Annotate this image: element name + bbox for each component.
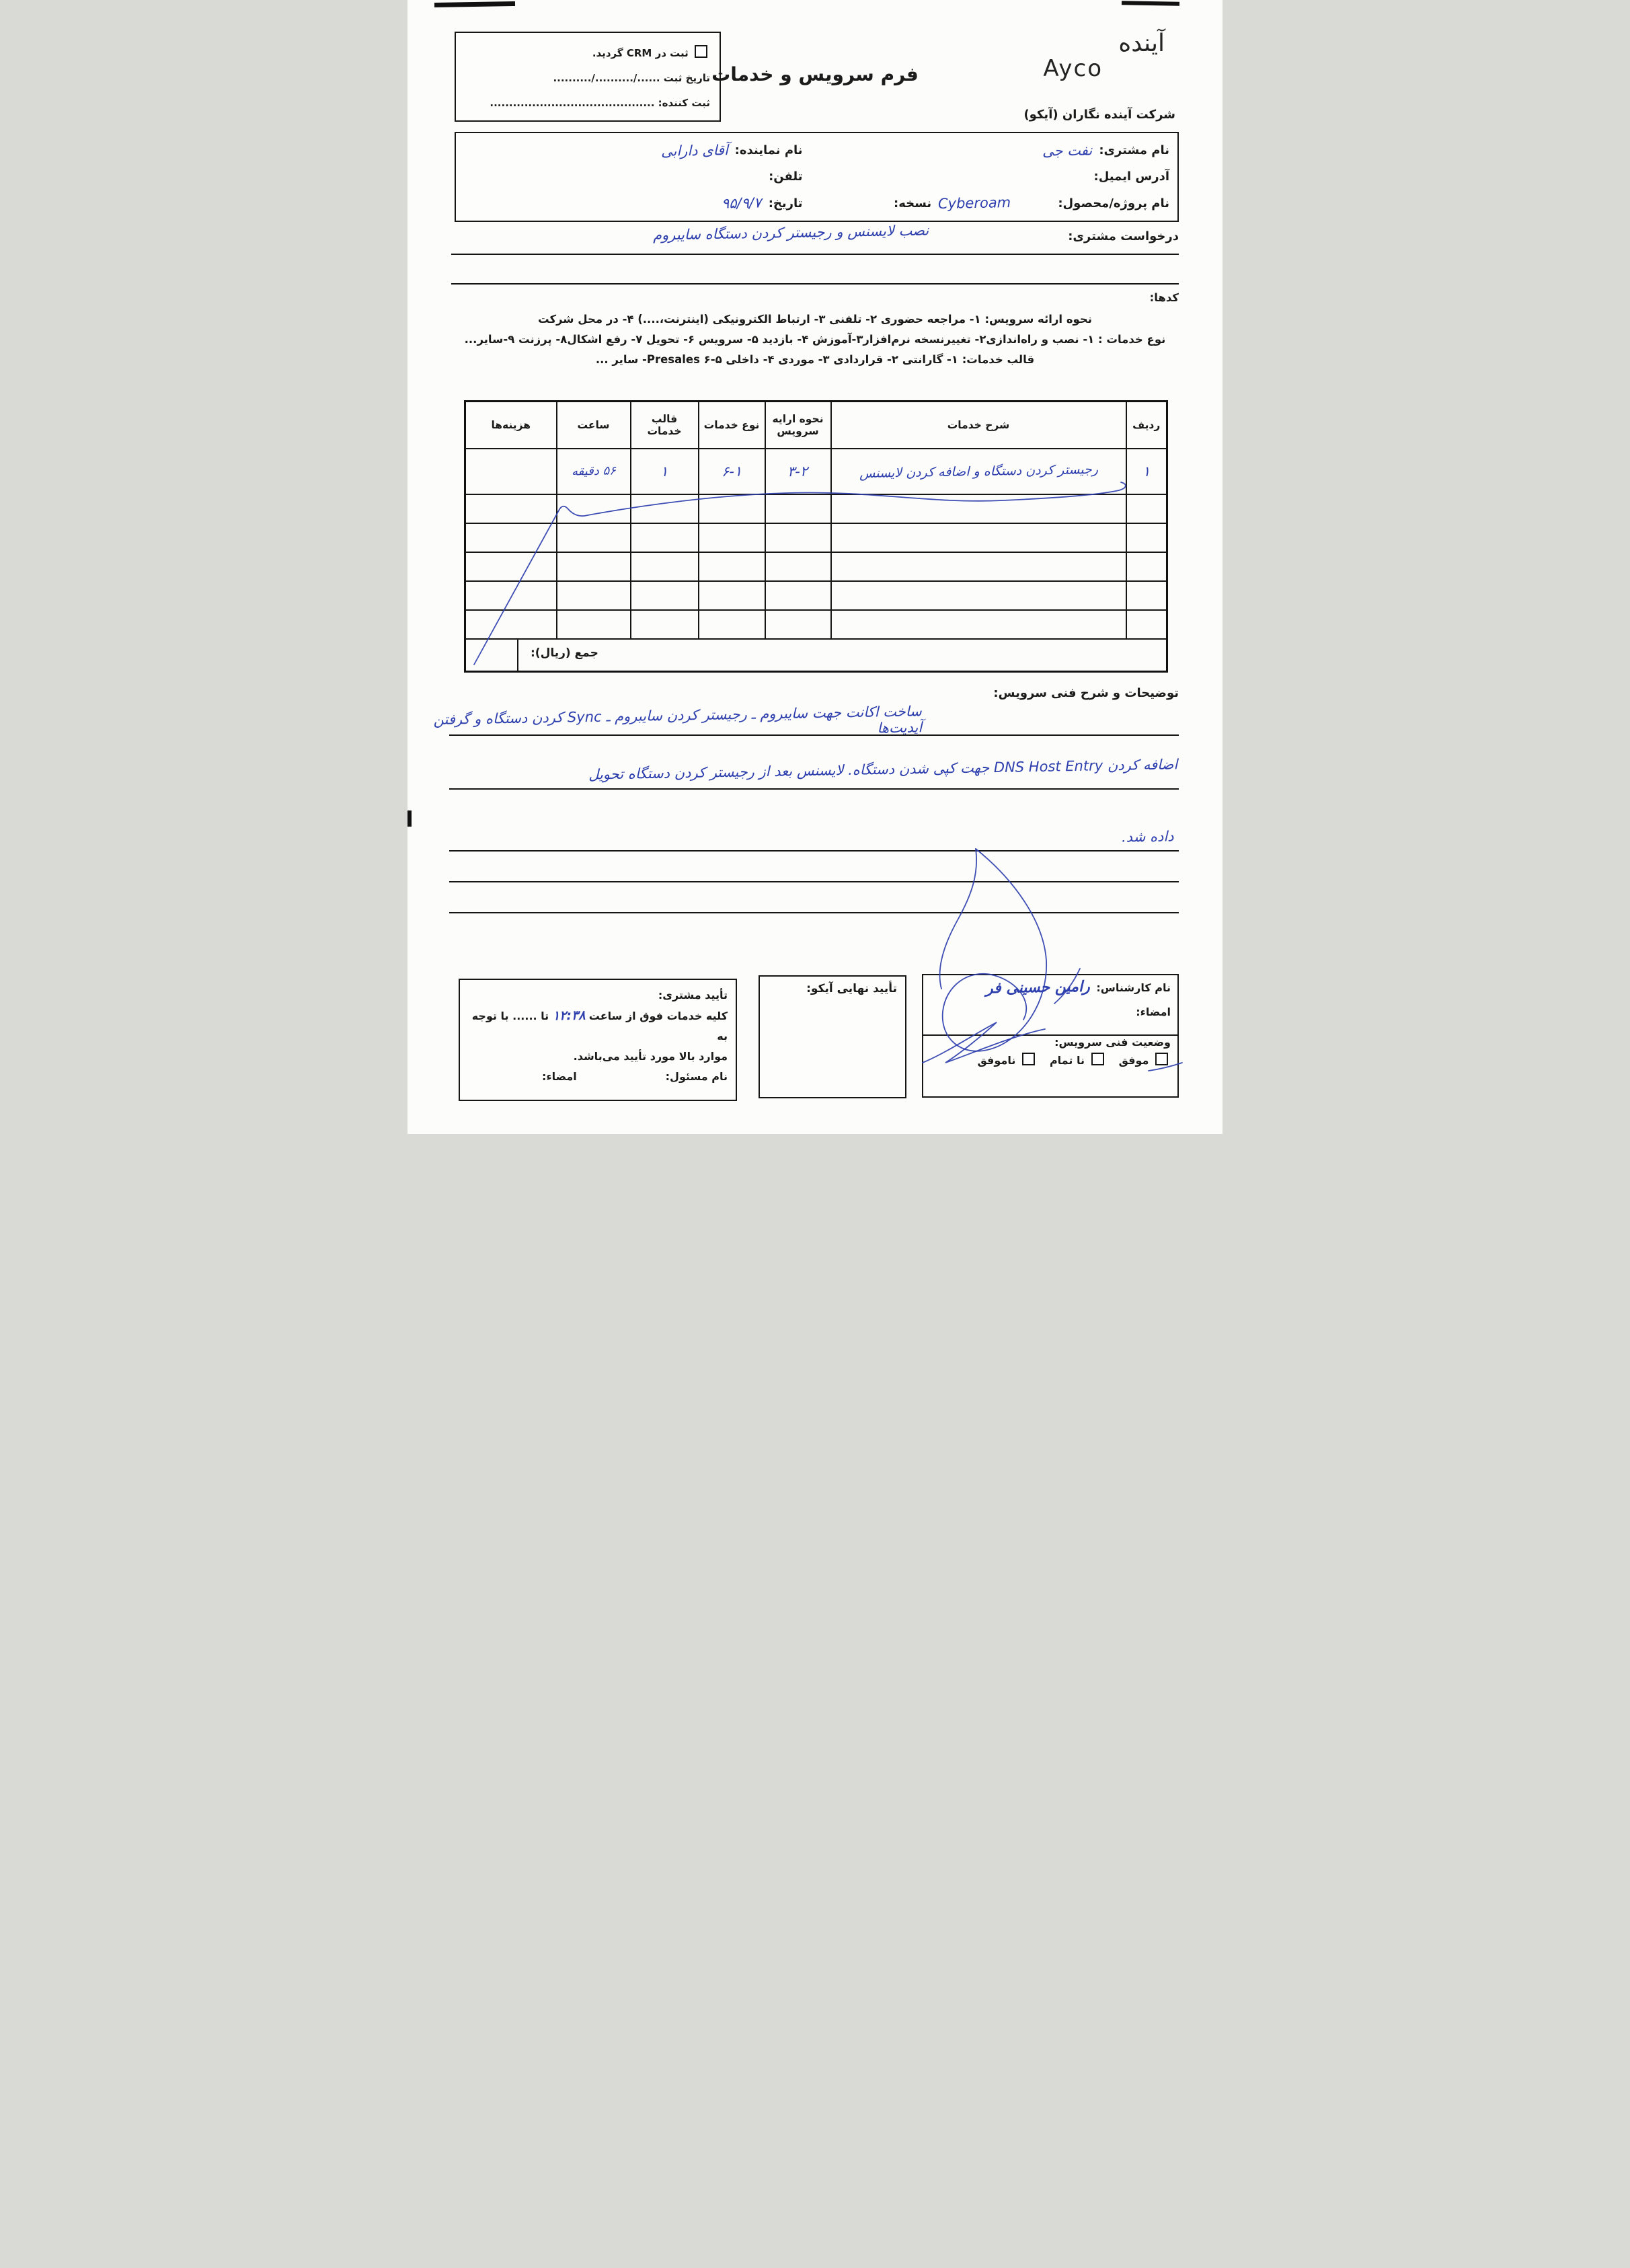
phone-label: تلفن: (769, 169, 802, 184)
codes-line-service-format: قالب خدمات: ۱- گارانتی ۲- قراردادی ۳- مو… (407, 350, 1222, 370)
notes-label: توضیحات و شرح فنی سرویس: (993, 686, 1179, 700)
total-label: جمع (ریال): (531, 646, 598, 660)
customer-approval-title: تأیید مشتری: (468, 985, 728, 1006)
ayco-approval-title: تأیید نهایی آیکو: (768, 982, 897, 995)
expert-name-label: نام کارشناس: (1096, 981, 1171, 994)
customer-approval-signature-row: نام مسئول: امضاء: (468, 1067, 728, 1087)
col-header-description: شرح خدمات (831, 402, 1126, 449)
customer-name-label: نام مشتری: (1099, 143, 1169, 157)
approval-text-pre: کلیه خدمات فوق از ساعت (589, 1010, 728, 1022)
codes-section: کدها: نحوه ارائه سرویس: ۱- مراجعه حضوری … (407, 289, 1222, 370)
product-value: Cyberoam (938, 194, 1011, 212)
customer-approval-body: کلیه خدمات فوق از ساعت ۱۲:۳۸ تا ...... ب… (468, 1006, 728, 1047)
ayco-approval-box: تأیید نهایی آیکو: (759, 975, 906, 1098)
scanned-service-form: ثبت در CRM گردید. تاریخ ثبت ....../.....… (407, 0, 1222, 1134)
table-empty-row (465, 523, 1167, 552)
table-header-row: ردیف شرح خدمات نحوه ارایه سرویس نوع خدما… (465, 402, 1167, 449)
expert-sign-row: امضاء: (930, 1006, 1171, 1018)
status-option-failed: ناموفق (978, 1053, 1038, 1067)
notes-handwriting-2: اضافه کردن DNS Host Entry جهت کپی شدن دس… (588, 756, 1178, 782)
ruled-line (449, 881, 1179, 882)
table-empty-row (465, 581, 1167, 610)
cell-description: رجیستر کردن دستگاه و اضافه کردن لایسنس (859, 461, 1097, 480)
table-empty-row (465, 610, 1167, 639)
notes-handwriting-1: ساخت اکانت جهت سایبروم ـ رجیستر کردن سای… (407, 703, 922, 744)
representative-value: آقای دارابی (661, 142, 728, 159)
crm-checkbox (695, 45, 707, 58)
expert-sign-label: امضاء: (1136, 1006, 1171, 1018)
customer-name-value: نفت جی (1042, 142, 1093, 159)
col-header-hours: ساعت (557, 402, 631, 449)
ruled-line (449, 912, 1179, 913)
email-field: آدرس ایمیل: (803, 163, 1169, 190)
col-header-type: نوع خدمات (699, 402, 765, 449)
services-table: ردیف شرح خدمات نحوه ارایه سرویس نوع خدما… (464, 400, 1168, 673)
col-header-format: قالب خدمات (631, 402, 699, 449)
product-field: نام پروژه/محصول: Cyberoam نسخه: (803, 190, 1169, 217)
customer-approval-box: تأیید مشتری: کلیه خدمات فوق از ساعت ۱۲:۳… (459, 979, 737, 1101)
email-label: آدرس ایمیل: (1094, 169, 1169, 184)
status-incomplete-checkbox (1091, 1053, 1104, 1065)
representative-label: نام نماینده: (735, 143, 803, 157)
total-row-divider (517, 640, 518, 671)
status-incomplete-label: نا تمام (1050, 1054, 1085, 1067)
scan-artifact (407, 810, 412, 827)
crm-line-1: ثبت در CRM گردید. (465, 45, 710, 59)
approval-time-value: ۱۲:۳۸ (553, 1006, 586, 1026)
crm-line-3: ثبت کننده: .............................… (465, 97, 710, 109)
col-header-method: نحوه ارایه سرویس (765, 402, 831, 449)
version-label: نسخه: (894, 196, 931, 211)
notes-handwriting-3: داده شد. (1122, 828, 1174, 845)
status-option-incomplete: نا تمام (1050, 1053, 1107, 1067)
request-label: درخواست مشتری: (1068, 229, 1179, 243)
service-status-label: وضعیت فنی سرویس: (930, 1036, 1171, 1049)
status-success-label: موفق (1119, 1054, 1149, 1067)
manager-name-label: نام مسئول: (666, 1067, 728, 1087)
cell-row-number: ۱ (1142, 463, 1151, 479)
codes-label: کدها: (1150, 288, 1179, 308)
customer-sign-label: امضاء: (542, 1067, 577, 1087)
ruled-line (449, 850, 1179, 852)
table-empty-row (465, 552, 1167, 581)
status-failed-checkbox (1022, 1053, 1035, 1065)
codes-line-service-type: نوع خدمات : ۱- نصب و راه‌اندازی۲- تغییرن… (407, 330, 1222, 350)
status-failed-label: ناموفق (978, 1054, 1016, 1067)
status-option-success: موفق (1119, 1053, 1171, 1067)
service-status-options: موفق نا تمام ناموفق (930, 1053, 1171, 1067)
product-label: نام پروژه/محصول: (1058, 196, 1169, 211)
cell-method: ۳-۲ (787, 463, 808, 480)
company-name: شرکت آینده نگاران (آیکو) (1023, 108, 1175, 122)
cell-type: ۶-۱ (722, 463, 742, 480)
table-empty-row (465, 494, 1167, 523)
expert-name-value: رامین حسینی فر (985, 979, 1089, 997)
scan-artifact (1122, 1, 1179, 5)
expert-name-row: نام کارشناس: رامین حسینی فر (930, 979, 1171, 996)
request-value: نصب لایسنس و رجیستر کردن دستگاه سایبروم (653, 222, 929, 243)
ruled-line (451, 254, 1179, 255)
codes-line-service-method: نحوه ارائه سرویس: ۱- مراجعه حضوری ۲- تلف… (407, 309, 1222, 330)
ayco-logo-latin: Ayco (1043, 55, 1103, 82)
col-header-costs: هزینه‌ها (465, 402, 557, 449)
ayco-logo: آینده Ayco (1023, 32, 1165, 100)
date-field: تاریخ: ۹۵/۹/۷ (464, 190, 803, 217)
col-header-row-number: ردیف (1126, 402, 1167, 449)
ruled-line (449, 734, 1179, 736)
expert-box: نام کارشناس: رامین حسینی فر امضاء: وضعیت… (922, 974, 1179, 1098)
status-success-checkbox (1155, 1053, 1168, 1065)
approval-text-line2: موارد بالا مورد تأیید می‌باشد. (468, 1047, 728, 1067)
info-box: نام مشتری: نفت جی نام نماینده: آقای دارا… (455, 132, 1179, 222)
scan-artifact (434, 1, 515, 7)
representative-field: نام نماینده: آقای دارابی (464, 137, 803, 163)
ayco-logo-farsi: آینده (1118, 30, 1165, 57)
expert-box-divider (923, 1034, 1177, 1036)
ruled-line (449, 788, 1179, 790)
customer-name-field: نام مشتری: نفت جی (803, 137, 1169, 163)
signature-stroke (939, 849, 976, 989)
date-label: تاریخ: (769, 196, 803, 211)
table-row: ۱ رجیستر کردن دستگاه و اضافه کردن لایسنس… (465, 449, 1167, 494)
ruled-line (451, 283, 1179, 285)
cell-hours: ۵۶ دقیقه (571, 463, 615, 478)
date-value: ۹۵/۹/۷ (722, 195, 762, 212)
table-total-row: جمع (ریال): (465, 639, 1167, 672)
crm-line-1-label: ثبت در CRM گردید. (592, 47, 689, 59)
cell-format: ۱ (660, 463, 668, 479)
phone-field: تلفن: (464, 163, 803, 190)
